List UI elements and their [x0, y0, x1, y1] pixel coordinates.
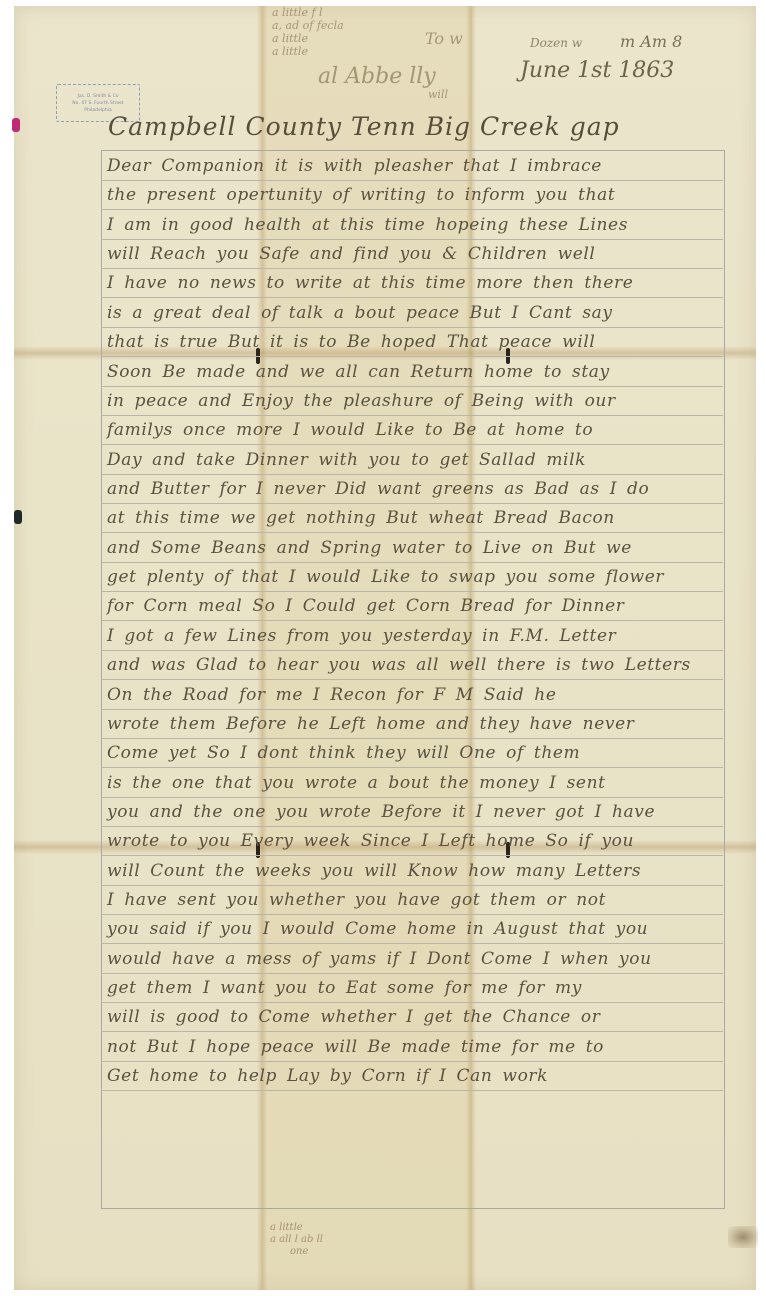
letter-line: will is good to Come whether I get the C…	[101, 1003, 723, 1032]
letter-line: Day and take Dinner with you to get Sall…	[101, 446, 723, 475]
letter-line: get plenty of that I would Like to swap …	[101, 563, 723, 592]
letter-line: Soon Be made and we all can Return home …	[101, 358, 723, 387]
letter-line: Come yet So I dont think they will One o…	[101, 739, 723, 768]
stamp-line: Jas. D. Smith & Co	[57, 93, 139, 100]
letter-line: the present opertunity of writing to inf…	[101, 181, 723, 210]
note-line: one	[270, 1246, 323, 1258]
top-center-note: al Abbe lly	[318, 70, 436, 83]
letter-date: June 1st 1863	[520, 58, 674, 83]
letter-line: I got a few Lines from you yesterday in …	[101, 622, 723, 651]
letter-line: that is true But it is to Be hoped That …	[101, 328, 723, 357]
letter-line: not But I hope peace will Be made time f…	[101, 1033, 723, 1062]
letter-line: is a great deal of talk a bout peace But…	[101, 299, 723, 328]
top-lower-note: will	[428, 88, 448, 101]
stamp-line: No. 47 S. Fourth Street	[57, 100, 139, 107]
letter-line: and was Glad to hear you was all well th…	[101, 651, 723, 680]
letter-line: On the Road for me I Recon for F M Said …	[101, 681, 723, 710]
letter-line: will Count the weeks you will Know how m…	[101, 857, 723, 886]
note-line: a little	[272, 45, 344, 58]
letter-line: in peace and Enjoy the pleashure of Bein…	[101, 387, 723, 416]
letter-line: would have a mess of yams if I Dont Come…	[101, 945, 723, 974]
letter-line: I have sent you whether you have got the…	[101, 886, 723, 915]
top-right-note: To w	[425, 32, 463, 45]
letter-line: for Corn meal So I Could get Corn Bread …	[101, 592, 723, 621]
letter-line: I am in good health at this time hopeing…	[101, 211, 723, 240]
letter-line: is the one that you wrote a bout the mon…	[101, 769, 723, 798]
letter-line: you and the one you wrote Before it I ne…	[101, 798, 723, 827]
edge-damage-mark	[14, 510, 22, 524]
edge-damage-mark	[12, 118, 20, 132]
letter-line: at this time we get nothing But wheat Br…	[101, 504, 723, 533]
note-line: a all l ab ll	[270, 1234, 323, 1246]
docket-note: m Am 8	[620, 32, 682, 51]
letter-line: wrote to you Every week Since I Left hom…	[101, 827, 723, 856]
top-pencil-notes: a little f l a, ad of fecla a little a l…	[272, 6, 344, 58]
letter-line: I have no news to write at this time mor…	[101, 269, 723, 298]
letter-heading-location: Campbell County Tenn Big Creek gap	[108, 112, 620, 141]
note-line: a, ad of fecla	[272, 19, 344, 32]
letter-line: Dear Companion it is with pleasher that …	[101, 152, 723, 181]
bottom-pencil-notes: a little a all l ab ll one	[270, 1222, 323, 1258]
letter-line: wrote them Before he Left home and they …	[101, 710, 723, 739]
letter-line: familys once more I would Like to Be at …	[101, 416, 723, 445]
letter-line: will Reach you Safe and find you & Child…	[101, 240, 723, 269]
corner-stain	[728, 1226, 758, 1248]
docket-note-small: Dozen w	[530, 36, 582, 50]
letter-line: you said if you I would Come home in Aug…	[101, 915, 723, 944]
letter-line: and Butter for I never Did want greens a…	[101, 475, 723, 504]
note-line: a little f l	[272, 6, 344, 19]
note-line: a little	[270, 1222, 323, 1234]
letter-line: Get home to help Lay by Corn if I Can wo…	[101, 1062, 723, 1091]
letter-line: and Some Beans and Spring water to Live …	[101, 534, 723, 563]
letter-line: get them I want you to Eat some for me f…	[101, 974, 723, 1003]
note-line: a little	[272, 32, 344, 45]
